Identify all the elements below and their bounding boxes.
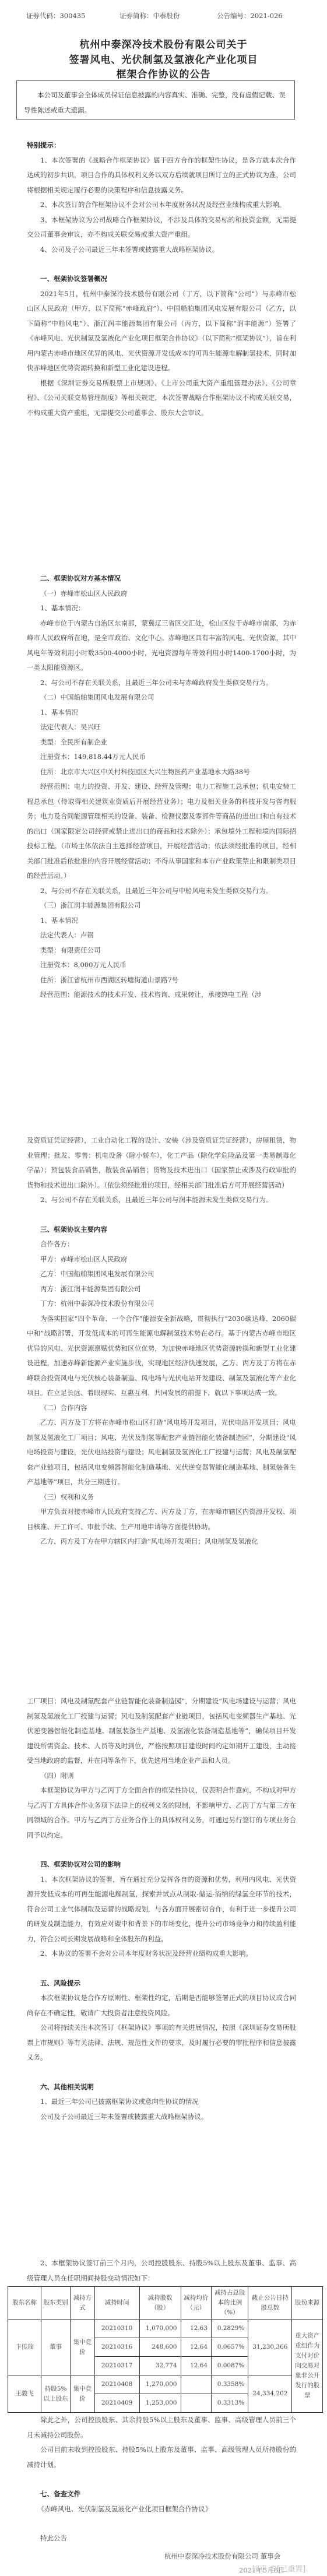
table-header-row: 股东名称 股东类别 减持方式 减持时间 减持股数（股） 减持均价（元） 减持占总… — [8, 2287, 323, 2320]
reduce-date: 20210316 — [94, 2338, 139, 2357]
section-3-heading: 三、框架协议主要内容 — [27, 1222, 296, 1238]
party-1-heading: （一）赤峰市松山区人民政府 — [27, 586, 296, 602]
special-tips: 特别提示： 1、本次签署的《战略合作框架协议》属于四方合作的框架性协议，是各方就… — [27, 138, 296, 420]
section-6-heading: 六、其他相关说明 — [27, 2080, 296, 2095]
section-4-heading: 四、框架协议对公司的影响 — [27, 1857, 296, 1872]
reduce-ratio: 0.3358% — [212, 2375, 248, 2394]
reduce-method: 集中竞价 — [71, 2375, 94, 2413]
party-3-legal-rep: 法定代表人：卢钢 — [27, 928, 296, 943]
share-source: 重大资产重组作为支付对价向交易对象非公开发行的股票 — [292, 2320, 323, 2413]
party-a: 甲方：赤峰市松山区人民政府 — [27, 1252, 296, 1267]
signer: 杭州中泰深冷技术股份有限公司 董事会 — [164, 2552, 280, 2561]
tip-item: 4、公司及子公司最近三年未签署或披露重大战略框架协议。 — [27, 243, 296, 258]
title-line-2: 签署风电、光伏制氢及氢液化产业化项目 — [0, 51, 327, 66]
party-3-heading: （三）浙江润丰能源集团有限公司 — [27, 898, 296, 913]
announcement-number: 公告编号：2021-026 — [217, 11, 283, 20]
col-header: 减持股数（股） — [139, 2287, 181, 2320]
party-d: 丁方：杭州中泰深冷技术股份有限公司 — [27, 1296, 296, 1312]
reduce-method: 集中竞价 — [71, 2320, 94, 2375]
party-1-sub: 1、基本情况： — [27, 601, 296, 616]
cooperation-background: 为落实国家“四个革命、一个合作”能源安全新战略，贯彻执行“2030碳达峰、206… — [27, 1312, 296, 1401]
rights-bcd-part-2: 工厂项目；风电及制氢配套产业链智能化装备制造园”，分期建设“风电场建设与运营；风… — [27, 1694, 296, 1769]
tip-item: 1、本次签署的《战略合作框架协议》属于四方合作的框架性协议，是各方就本次合作达成… — [27, 153, 296, 198]
holder-category: 董事 — [41, 2320, 70, 2375]
holding-total: 24,334,202 — [248, 2375, 292, 2413]
reduce-ratio: 0.0087% — [212, 2357, 248, 2375]
col-header: 减持时间 — [94, 2287, 139, 2320]
col-header: 股东类别 — [41, 2287, 70, 2320]
special-tips-heading: 特别提示： — [27, 138, 296, 153]
col-header: 截止公告日持股总数 — [248, 2287, 292, 2320]
reduce-shares: 248,600 — [139, 2338, 181, 2357]
party-3-scope-part-1: 经营范围：能源技术的技术开发、技术咨询、成果转让，承接热电工程（涉 — [27, 987, 296, 1003]
reduce-price: 12.64 — [181, 2357, 212, 2375]
col-header: 股东名称 — [8, 2287, 41, 2320]
tip-item: 3、本框架协议为公司战略合作框架协议，不涉及具体的交易标的和投资金额，无需提交公… — [27, 213, 296, 243]
section-1-paragraph: 2021年5月，杭州中泰深冷技术股份有限公司（丁方，以下简称“公司”）与赤峰市松… — [27, 287, 296, 376]
reduce-date: 20210310 — [94, 2320, 139, 2338]
col-header: 股份来源 — [292, 2287, 323, 2320]
reduce-price — [181, 2394, 212, 2413]
tip-item: 2、本次签订的合作框架协议不会对公司本年度财务状况及经营业绩构成重大影响。 — [27, 198, 296, 213]
reduce-shares: 1,270,000 — [139, 2375, 181, 2394]
watermark: 知乎 @[已重置] — [252, 2563, 305, 2574]
parties-label: 合作各方： — [27, 1237, 296, 1252]
title-line-3: 框架合作协议的公告 — [0, 66, 327, 80]
section-2: 二、框架协议对方基本情况 （一）赤峰市松山区人民政府 1、基本情况： 赤峰市位于… — [27, 571, 296, 1003]
party-2-sub: 1、基本情况 — [27, 705, 296, 721]
party-3-scope-part-2: 及资质证凭证经营），工业自动化工程的设计、安装（涉及资质证凭证经营），房屋租赁，… — [27, 1133, 296, 1193]
other-item-2: 2、本框架协议签订前三个月内，公司控股股东、持股5%以上股东及董事、监事、高级管… — [27, 2256, 296, 2286]
rights-heading: （三）权利和义务 — [27, 1490, 296, 1505]
cooperation-content-heading: （二）合作内容 — [27, 1401, 296, 1416]
other-after-1: 除此之外，公司控股股东、其余持股5%以上股东及董事、监事、高级管理人员前三个月未… — [27, 2413, 296, 2443]
reduce-price: 12.64 — [181, 2338, 212, 2357]
stock-name: 证券简称：中泰股份 — [119, 11, 180, 20]
cooperation-content: 乙方、丙方及丁方将在赤峰市松山区打造“风电场开发项目，光伏电站开发项目；风电制氢… — [27, 1415, 296, 1490]
section-2-continued: 及资质证凭证经营），工业自动化工程的设计、安装（涉及资质证凭证经营），房屋租赁，… — [27, 1133, 296, 1549]
party-3-sub: 1、基本情况 — [27, 913, 296, 929]
disclosure-notice-box: 本公司及董事会全体成员保证信息披露的内容真实、准确、完整，没有虚假记载、误导性陈… — [16, 80, 295, 120]
closing-notice: 特此公告 — [27, 2531, 296, 2546]
party-b: 乙方：中国船舶集团风电发展有限公司 — [27, 1267, 296, 1282]
reduce-ratio: 0.3313% — [212, 2394, 248, 2413]
annex-text: 本框架协议为甲方与乙丙丁方全面合作的框架性协议，仅表明合作意向，不构成对甲方与乙… — [27, 1783, 296, 1843]
impact-2: 2、本协议的签署不会对公司本年度财务状况及经营业绩构成重大影响。 — [27, 1946, 296, 1962]
holder-name: 王骏飞 — [8, 2375, 41, 2413]
party-2-scope: 经营范围：电力的投资、开发、建设、经营及管理；电力工程施工总承包；机电安装工程总… — [27, 779, 296, 884]
reduce-ratio: 0.2829% — [212, 2320, 248, 2338]
section-3-continued: 工厂项目；风电及制氢配套产业链智能化装备制造园”，分期建设“风电场建设与运营；风… — [27, 1694, 296, 2124]
holding-total: 31,230,366 — [248, 2320, 292, 2375]
stock-code: 证券代码：300435 — [26, 11, 85, 20]
other-item-1-text: 公司及子公司最近三年未签署或披露重大战略框架协议。 — [27, 2110, 296, 2125]
disclosure-notice-text: 本公司及董事会全体成员保证信息披露的内容真实、准确、完整，没有虚假记载、误导性陈… — [24, 87, 289, 118]
section-5-heading: 五、风险提示 — [27, 1976, 296, 1991]
holder-category: 持股5%以上股东 — [41, 2375, 70, 2413]
reduce-price: 12.63 — [181, 2320, 212, 2338]
party-3-address: 住所：浙江省杭州市西湖区转塘街道山景路7号 — [27, 973, 296, 988]
party-3-relation: 2、与公司不存在关联关系，且最近三年公司与润丰能源未发生类似交易行为。 — [27, 1193, 296, 1208]
party-c: 丙方：浙江润丰能源集团有限公司 — [27, 1282, 296, 1297]
holder-name: 卞传瑞 — [8, 2320, 41, 2375]
party-2-type: 类型：全民所有制企业 — [27, 735, 296, 750]
party-2-address: 住所：北京市大兴区中关村科技园区大兴生物医药产业基地永大路38号 — [27, 765, 296, 780]
section-2-heading: 二、框架协议对方基本情况 — [27, 571, 296, 586]
other-item-1: 1、最近三年公司已披露框架协议或意向性协议的情况 — [27, 2094, 296, 2110]
risk-1: 本次框架协议是合作方原则性、框架性约定，后期是否能够签署正式的项目协议或合同尚存… — [27, 1991, 296, 2020]
party-3-type: 类型：有限责任公司 — [27, 943, 296, 958]
table-row: 王骏飞 持股5%以上股东 集中竞价 20210408 1,270,000 0.3… — [8, 2375, 323, 2394]
annex-heading: （四）附则 — [27, 1769, 296, 1784]
title-line-1: 杭州中泰深冷技术股份有限公司关于 — [0, 36, 327, 51]
reduce-shares: 32,774 — [139, 2357, 181, 2375]
rights-party-a: 甲方负责对接赤峰市人民政府支持乙方、丙方及丁方，在赤峰市辖区内资源开发权、项目核… — [27, 1505, 296, 1534]
shareholding-change-table: 股东名称 股东类别 减持方式 减持时间 减持股数（股） 减持均价（元） 减持占总… — [8, 2286, 323, 2413]
section-1-heading: 一、框架协议签署概况 — [27, 272, 296, 287]
party-3-capital: 注册资本：8,000万元人民币 — [27, 958, 296, 973]
risk-2: 公司将持续关注本次签订《框架协议》事项的有关进展情况，按照《深圳证券交易所股票上… — [27, 2020, 296, 2065]
reduce-price — [181, 2375, 212, 2394]
reduce-date: 20210408 — [94, 2375, 139, 2394]
rights-bcd-part-1: 乙方、丙方及丁方在甲方辖区内打造“风电场开发项目；风电制氢及氢液化 — [27, 1534, 296, 1549]
section-1-paragraph: 根据《深圳证券交易所股票上市规则》、《上市公司重大资产重组管理办法》、《公司章程… — [27, 376, 296, 421]
reduce-date: 20210317 — [94, 2357, 139, 2375]
reduce-ratio: 0.0657% — [212, 2338, 248, 2357]
impact-1: 1、本次框架协议的签署，旨在通过充分发挥各自的资源和优势，利用内风电、光伏资源开… — [27, 1872, 296, 1947]
reduce-shares: 1,070,000 — [139, 2320, 181, 2338]
col-header: 减持占总股本的比例（%） — [212, 2287, 248, 2320]
reference-document: 《赤峰风电、光伏制氢及氢液化产业化项目框架合作协议》 — [27, 2502, 296, 2517]
party-1-desc: 赤峰市位于内蒙古自治区东南部，蒙冀辽三省区交汇处，松山区位于赤峰市南部，为赤峰市… — [27, 616, 296, 676]
party-2-capital: 注册资本：149,818.44万元人民币 — [27, 750, 296, 765]
col-header: 减持均价（元） — [181, 2287, 212, 2320]
reduce-shares: 1,253,000 — [139, 2394, 181, 2413]
table-row: 卞传瑞 董事 集中竞价 20210310 1,070,000 12.63 0.2… — [8, 2320, 323, 2338]
reduce-date: 20210409 — [94, 2394, 139, 2413]
col-header: 减持方式 — [71, 2287, 94, 2320]
section-7-heading: 七、备查文件 — [27, 2487, 296, 2502]
party-2-legal-rep: 法定代表人：吴兴旺 — [27, 720, 296, 735]
section-6-continued: 2、本框架协议签订前三个月内，公司控股股东、持股5%以上股东及董事、监事、高级管… — [27, 2256, 296, 2286]
party-1-relation: 2、与公司不存在关联关系，且最近三年公司未与赤峰政府发生类似交易行为。 — [27, 676, 296, 691]
party-2-heading: （二）中国船舶集团风电发展有限公司 — [27, 690, 296, 705]
other-after-2: 公司目前未收到控股股东、持股5%以上股东及董事、监事、高级管理人员所持股份的减持… — [27, 2443, 296, 2472]
party-2-relation: 2、与公司不存在关联关系，且最近三年公司与中船风电未发生类似交易行为。 — [27, 884, 296, 899]
section-6-after-table: 除此之外，公司控股股东、其余持股5%以上股东及董事、监事、高级管理人员前三个月未… — [27, 2413, 296, 2546]
